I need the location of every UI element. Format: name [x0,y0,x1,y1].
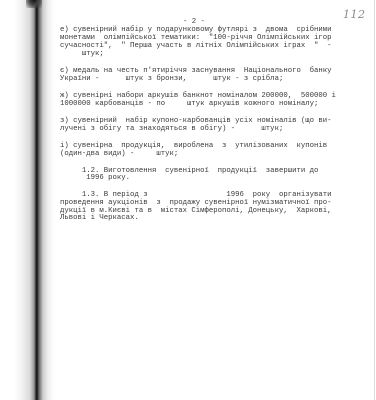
section-1-3-line-1: 1.3. В період з 1996 року організувати [60,191,332,199]
item-i-line-1: і) сувенірна продукція, вироблена з утил… [60,142,327,150]
handwritten-folio-number: 112 [343,8,366,21]
item-e-line-4: штук; [60,50,104,58]
binding-shadow-top [26,0,42,8]
page-number: - 2 - [183,18,205,26]
item-e-line-2: монетами олімпійської тематики: "100-річ… [60,34,332,42]
item-e-line-3: сучасності", " Перша участь в літніх Олі… [60,42,332,50]
binding-shadow [14,0,54,400]
page-edge [374,0,375,400]
section-1-3-line-2: проведення аукціонів з продажу сувенірно… [60,199,332,207]
section-1-2-line-2: 1996 року. [60,174,130,182]
item-zh-line-2: 1000000 карбованців - по штук аркушів ко… [60,100,318,108]
document-page: 112 - 2 - е) сувенірний набір у подарунк… [0,0,376,400]
item-z-line-2: лучені з обігу та знаходяться в обігу) -… [60,125,283,133]
item-z-line-1: з) сувенірний набір купоно-карбованців у… [60,117,332,125]
item-ye-line-1: є) медаль на честь п'ятиріччя заснування… [60,67,332,75]
section-1-3-line-4: Львові і Черкасах. [60,214,139,222]
item-i-line-2: (один-два види) - штук; [60,150,178,158]
item-ye-line-2: України - штук з бронзи, штук - з срібла… [60,75,283,83]
item-e-line-1: е) сувенірний набір у подарунковому футл… [60,26,332,34]
item-zh-line-1: ж) сувенірні набори аркушів банкнот номі… [60,92,336,100]
